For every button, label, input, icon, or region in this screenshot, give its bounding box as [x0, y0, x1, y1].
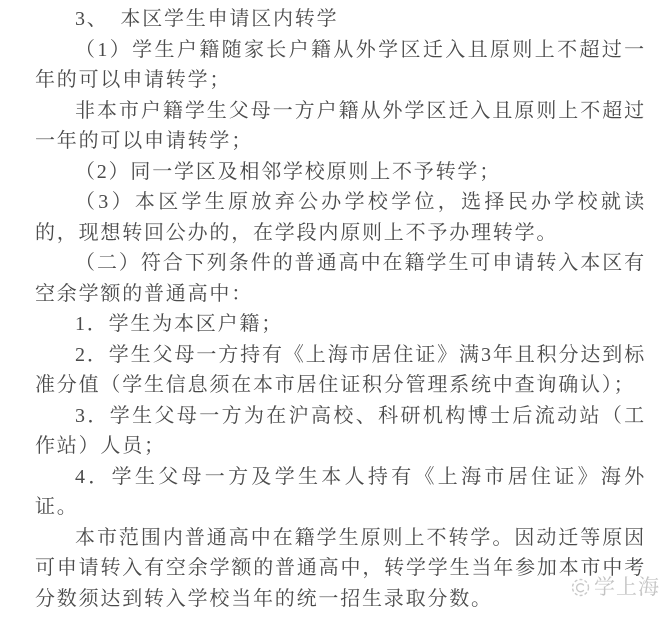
paragraph: 本市范围内普通高中在籍学生原则上不转学。因动迁等原因可申请转入有空余学额的普通高…	[35, 523, 646, 615]
paragraph: 非本市户籍学生父母一方户籍从外学区迁入且原则上不超过一年的可以申请转学；	[35, 96, 646, 157]
paragraph: （2）同一学区及相邻学校原则上不予转学；	[35, 157, 646, 188]
paragraph: 4．学生父母一方及学生本人持有《上海市居住证》海外证。	[35, 462, 646, 523]
paragraph: （1）学生户籍随家长户籍从外学区迁入且原则上不超过一年的可以申请转学；	[35, 35, 646, 96]
watermark-text: 学上海	[594, 577, 660, 598]
paragraph: （3）本区学生原放弃公办学校学位，选择民办学校就读的，现想转回公办的，在学段内原…	[35, 187, 646, 248]
paragraph: 2．学生父母一方持有《上海市居住证》满3年且积分达到标准分值（学生信息须在本市居…	[35, 340, 646, 401]
paragraph: （二）符合下列条件的普通高中在籍学生可申请转入本区有空余学额的普通高中：	[35, 248, 646, 309]
document-page: 3、 本区学生申请区内转学 （1）学生户籍随家长户籍从外学区迁入且原则上不超过一…	[0, 0, 672, 620]
paragraph: 3．学生父母一方为在沪高校、科研机构博士后流动站（工作站）人员；	[35, 401, 646, 462]
watermark: 学上海	[571, 577, 660, 598]
swirl-logo-icon	[571, 578, 590, 597]
document-body: 3、 本区学生申请区内转学 （1）学生户籍随家长户籍从外学区迁入且原则上不超过一…	[0, 0, 672, 614]
paragraph: 3、 本区学生申请区内转学	[35, 4, 646, 35]
paragraph: 1．学生为本区户籍；	[35, 309, 646, 340]
